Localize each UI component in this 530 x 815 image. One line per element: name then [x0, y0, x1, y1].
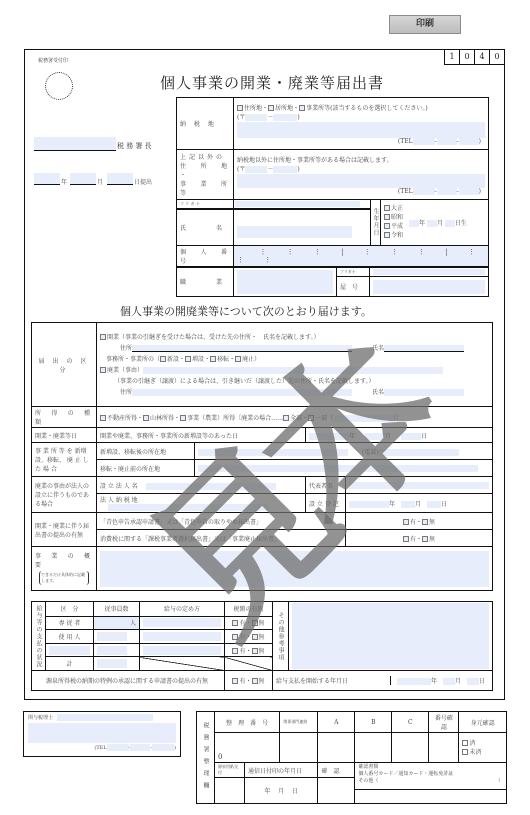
nozeichi-address-input[interactable] — [237, 122, 485, 138]
employee-method-input[interactable] — [143, 632, 221, 641]
salary-start-year-input[interactable] — [397, 678, 431, 685]
old-location-input[interactable] — [198, 465, 478, 472]
total-label: 計 — [46, 657, 94, 671]
office-new-checkbox[interactable] — [160, 356, 166, 362]
part-checkbox[interactable] — [308, 415, 314, 421]
corp-address-input[interactable] — [108, 504, 268, 511]
other-notes-input[interactable] — [292, 603, 489, 669]
tax-accountant-label: 関与税理士 — [28, 715, 53, 721]
day-submit-label: 日提出 — [134, 177, 152, 186]
withholding-yes-checkbox[interactable] — [232, 678, 238, 684]
era-reiwa-checkbox[interactable] — [384, 232, 390, 238]
nozeichi-label: 納 税 地 — [177, 98, 234, 150]
postal-2-input[interactable] — [273, 114, 297, 121]
furigana-label: フ リ ガ ナ — [177, 200, 234, 210]
new-location-input[interactable] — [198, 449, 348, 456]
birth-month-input[interactable] — [427, 220, 437, 227]
dept-liaison-header: 関係部門連絡 — [280, 712, 318, 733]
salary-header-kind: 区 分 — [46, 602, 94, 617]
col-b-header: B — [355, 712, 392, 733]
close-reason-input[interactable] — [143, 367, 443, 374]
open-year-input[interactable] — [309, 433, 349, 440]
shop-name-input[interactable] — [373, 280, 485, 294]
submit-day-input[interactable] — [107, 173, 133, 185]
rep-name-input[interactable] — [349, 482, 489, 489]
my-number-input[interactable]: ⋮ ⋮ ⋮ | ⋮ ⋮ ⋮ | ⋮ ⋮ ⋮ — [234, 245, 489, 267]
stamp-label: 税務署受付印 — [38, 57, 68, 64]
other-postal-1-input[interactable] — [245, 166, 267, 173]
withholding-label: 源泉所得税の納期の特例の承認に関する申請書の提出の有無 — [32, 671, 225, 691]
checkbox-office[interactable] — [299, 105, 305, 111]
shop-furigana-input[interactable] — [373, 269, 485, 275]
salary-header-tax: 税額の有無 — [225, 602, 273, 617]
tel-3-input[interactable] — [459, 138, 479, 145]
employee-tax-yes-checkbox[interactable] — [232, 634, 238, 640]
reg-year-input[interactable] — [349, 501, 389, 508]
office-use-table: 税務署整理欄 整 理 番 号 関係部門連絡 A B C 番号確認 身元確認 0 … — [196, 711, 507, 804]
forest-checkbox[interactable] — [143, 415, 149, 421]
salary-start-label: 給与支払を開始する年月日 — [276, 678, 348, 685]
salary-header-method: 給与の定め方 — [140, 602, 225, 617]
family-method-input[interactable] — [143, 618, 221, 627]
salary-table: 給与等の支払の状況 区 分 従事員数 給与の定め方 税額の有無 その他参考事項 … — [31, 601, 493, 691]
new-location-phone-input[interactable] — [379, 449, 459, 456]
close-next-name-input[interactable] — [384, 389, 464, 396]
part-detail-input[interactable] — [333, 415, 393, 422]
receipt-stamp-circle — [45, 72, 73, 100]
tax-office-suffix: 税 務 署 長 — [117, 141, 152, 151]
tax-accountant-address-input[interactable] — [28, 723, 176, 743]
other-postal-2-input[interactable] — [273, 166, 297, 173]
employee-count-input[interactable] — [97, 632, 127, 641]
rep-name-label: 代表者名 — [306, 477, 346, 494]
section-subtitle: 個人事業の開廃業等について次のとおり届けます。 — [120, 303, 372, 319]
ctax-yes-checkbox[interactable] — [403, 536, 409, 542]
all-checkbox[interactable] — [283, 415, 289, 421]
business-summary-input[interactable] — [100, 551, 489, 587]
form-title: 個人事業の開業・廃業等届出書 — [160, 72, 384, 93]
comm-date-label: 通信日付印の年月日 — [245, 763, 318, 778]
submit-month-input[interactable] — [70, 173, 96, 185]
total-count-input[interactable] — [97, 659, 127, 668]
reg-day-input[interactable] — [427, 501, 441, 508]
open-month-input[interactable] — [365, 433, 385, 440]
blue-yes-checkbox[interactable] — [403, 519, 409, 525]
other-address-input[interactable] — [237, 174, 485, 188]
occupation-label: 職 業 — [177, 267, 234, 297]
registration-label: 設 立 登 記 — [306, 494, 346, 513]
open-date-label: 開業・廃業等日 — [32, 428, 97, 443]
birth-label: 生年月日 — [371, 208, 380, 236]
withholding-no-checkbox[interactable] — [252, 678, 258, 684]
tax-accountant-tel-3[interactable] — [152, 744, 174, 751]
office-expand-checkbox[interactable] — [185, 356, 191, 362]
postal-1-input[interactable] — [245, 114, 267, 121]
other-tel-3-input[interactable] — [459, 188, 479, 195]
tel-1-input[interactable] — [413, 138, 435, 145]
blue-return-label: 「青色申告承認申請書」又は「青色申告の取りやめ届出書」 — [97, 513, 346, 530]
open-checkbox[interactable] — [100, 334, 106, 340]
checkbox-residence[interactable] — [268, 105, 274, 111]
checkbox-address[interactable] — [237, 105, 243, 111]
open-prev-address-input[interactable] — [132, 345, 352, 352]
occupation-input[interactable] — [237, 270, 333, 294]
ref-number-cell: 0 — [215, 733, 280, 763]
office-use-label: 税務署整理欄 — [201, 722, 210, 794]
tel-2-input[interactable] — [437, 138, 457, 145]
identity-check-header: 身元確認 — [459, 712, 507, 733]
business-summary-label: 事 業 の 概 要 — [35, 551, 93, 569]
furigana-input[interactable] — [235, 201, 360, 207]
code-digit: 0 — [490, 49, 505, 64]
other-address-note: 納税地以外に住所地・事業所等がある場合は記載します。 — [237, 155, 485, 164]
other-notes-label: その他参考事項 — [276, 612, 285, 661]
consumption-tax-label: 消費税に関する「課税事業者選択届出書」又は「事業廃止届出書」 — [97, 530, 346, 547]
close-next-address-input[interactable] — [132, 389, 352, 396]
salary-start-month-input[interactable] — [443, 678, 455, 685]
occupation-table: 職 業 フリガナ 屋 号 — [176, 266, 489, 297]
related-filings-label: 開業・廃業に伴う届出書の提出の有無 — [32, 513, 97, 547]
other-tel-1-input[interactable] — [413, 188, 435, 195]
shop-name-label: 屋 号 — [337, 277, 370, 297]
office-close-checkbox[interactable] — [235, 356, 241, 362]
old-location-label: 移転・廃止前の所在地 — [97, 460, 195, 477]
category-label: 届 出 の 区 分 — [32, 323, 97, 407]
open-day-input[interactable] — [401, 433, 421, 440]
other-tax-no-checkbox[interactable] — [252, 648, 258, 654]
birth-year-input[interactable] — [409, 220, 419, 227]
not-done-checkbox[interactable] — [462, 749, 468, 755]
income-type-label: 所 得 の 種 類 — [32, 407, 97, 428]
sent-label: 源泉用紙交付 — [215, 763, 245, 778]
ref-number-header: 整 理 番 号 — [215, 712, 280, 733]
other-count-input[interactable] — [97, 646, 127, 655]
other-method-input[interactable] — [143, 646, 221, 655]
name-label: 氏 名 — [177, 209, 234, 245]
office-change-label: 事 業 所 等 を 新増設、移転、 廃 止 し た 場 合 — [32, 443, 97, 477]
corp-name-input[interactable] — [146, 483, 276, 490]
close-note: （事業の引継ぎ（譲渡）による場合は、引き継いだ（譲渡した）先の住所・氏名を記載し… — [100, 376, 489, 387]
business-checkbox[interactable] — [180, 415, 186, 421]
birth-day-input[interactable] — [445, 220, 455, 227]
blue-no-checkbox[interactable] — [422, 519, 428, 525]
family-tax-yes-checkbox[interactable] — [232, 620, 238, 626]
salary-header-count: 従事員数 — [94, 602, 140, 617]
business-summary-note: できるだけ具体的に記載します。 — [39, 571, 89, 585]
open-date-desc: 開業や廃業、事務所・事業所の新増設等のあった日 — [97, 428, 306, 443]
tax-accountant-tel-2[interactable] — [130, 744, 150, 751]
code-digit: 1 — [445, 49, 460, 64]
form-code: 1 0 4 0 — [444, 49, 505, 65]
other-tel-2-input[interactable] — [437, 188, 457, 195]
col-c-header: C — [392, 712, 429, 733]
tax-accountant-tel-1[interactable] — [107, 744, 129, 751]
tax-accountant-name-input[interactable] — [57, 714, 153, 721]
month-label: 月 — [97, 177, 103, 186]
salary-start-day-input[interactable] — [467, 678, 479, 685]
confirm-label: 確 認 — [318, 763, 355, 778]
employee-tax-no-checkbox[interactable] — [252, 634, 258, 640]
done-checkbox[interactable] — [462, 740, 468, 746]
applicant-table: 納 税 地 住所地・居所地・事業所等(該当するものを選択してください。) (〒－… — [176, 97, 489, 200]
name-input[interactable] — [237, 226, 352, 238]
family-tax-no-checkbox[interactable] — [252, 620, 258, 626]
era-showa-checkbox[interactable] — [384, 214, 390, 220]
code-digit: 0 — [460, 49, 475, 64]
print-button[interactable]: 印刷 — [389, 15, 461, 34]
era-heisei-checkbox[interactable] — [384, 223, 390, 229]
tax-accountant-box: 関与税理士 (TEL--) — [23, 711, 181, 757]
year-label: 年 — [61, 177, 67, 186]
tax-office-input[interactable] — [34, 137, 116, 151]
name-table: フ リ ガ ナ 生年月日 大正 昭和 平成 令和 年 月 日生 氏 名 — [176, 199, 489, 268]
office-move-checkbox[interactable] — [210, 356, 216, 362]
reg-month-input[interactable] — [401, 501, 415, 508]
salary-label: 給与等の支払の状況 — [34, 605, 43, 668]
close-checkbox[interactable] — [100, 367, 106, 373]
new-location-label: 新増設、移転後の所在地 — [97, 443, 195, 460]
corp-label: 廃業の事由が法人の設立に伴うものである場合 — [32, 477, 97, 513]
ctax-no-checkbox[interactable] — [422, 536, 428, 542]
col-a-header: A — [318, 712, 355, 733]
open-prev-name-input[interactable] — [384, 345, 464, 352]
other-address-label: 上記以外の 住 所 地 ・ 事 業 所 等 — [177, 150, 234, 200]
number-check-header: 番号確認 — [429, 712, 459, 733]
details-table: 届 出 の 区 分 開業（事業の引継ぎを受けた場合は、受けた先の住所・ 氏名を記… — [31, 322, 493, 591]
shop-furigana-label: フリガナ — [337, 267, 370, 277]
era-taisho-checkbox[interactable] — [384, 205, 390, 211]
family-count-input[interactable]: 人 — [94, 616, 140, 630]
other-kind-input[interactable] — [49, 646, 90, 655]
other-tax-yes-checkbox[interactable] — [232, 648, 238, 654]
my-number-label: 個 人 番 号 — [177, 245, 234, 267]
real-estate-checkbox[interactable] — [100, 415, 106, 421]
submit-year-input[interactable] — [34, 173, 60, 185]
code-digit: 4 — [475, 49, 490, 64]
